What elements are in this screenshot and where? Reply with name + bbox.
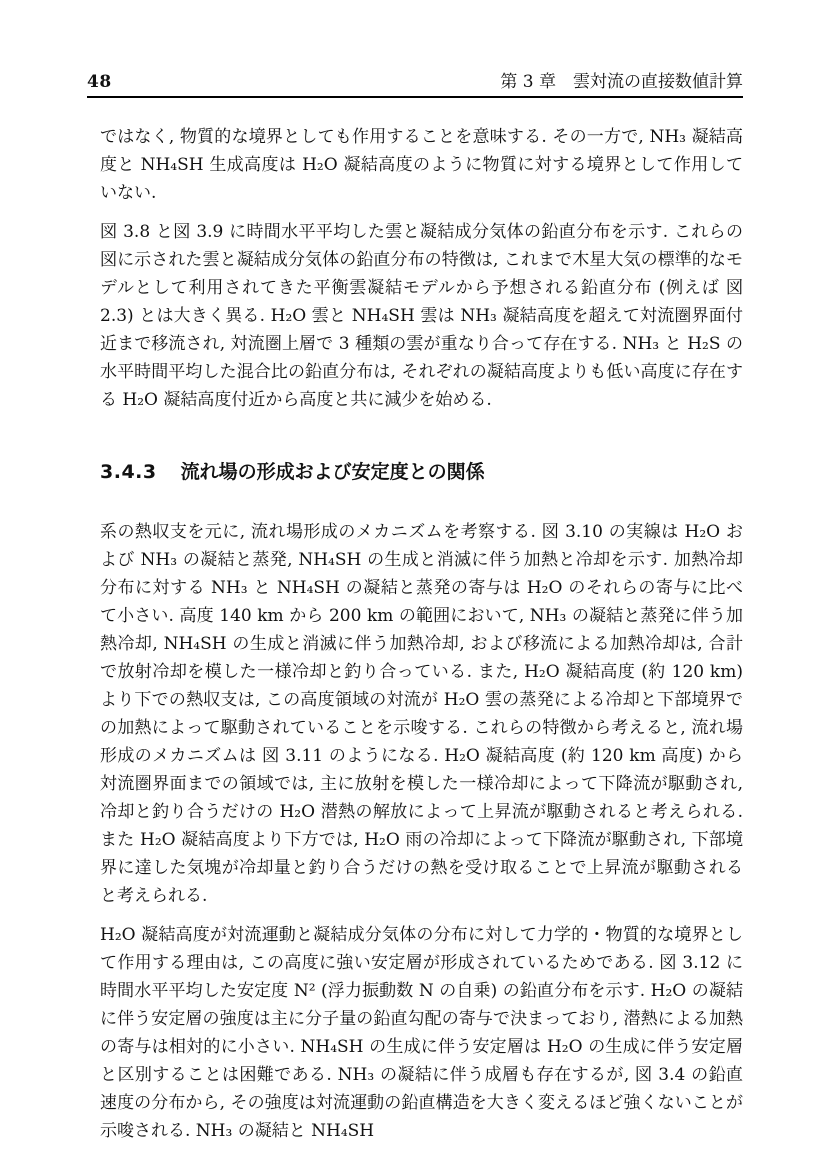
body-paragraph-1: 系の熱収支を元に, 流れ場形成のメカニズムを考察する. 図 3.10 の実線は … (100, 518, 743, 910)
document-page: 48 第 3 章 雲対流の直接数値計算 ではなく, 物質的な境界としても作用する… (0, 0, 826, 1169)
page-header: 48 第 3 章 雲対流の直接数値計算 (87, 72, 743, 98)
body-paragraph-2: H₂O 凝結高度が対流運動と凝結成分気体の分布に対して力学的・物質的な境界として… (100, 921, 743, 1145)
intro-paragraph-1: ではなく, 物質的な境界としても作用することを意味する. その一方で, NH₃ … (100, 123, 743, 207)
page-body: ではなく, 物質的な境界としても作用することを意味する. その一方で, NH₃ … (100, 123, 743, 1156)
section-title: 流れ場の形成および安定度との関係 (181, 461, 485, 483)
intro-paragraph-2: 図 3.8 と図 3.9 に時間水平平均した雲と凝結成分気体の鉛直分布を示す. … (100, 218, 743, 414)
section-heading: 3.4.3流れ場の形成および安定度との関係 (100, 459, 743, 485)
page-number: 48 (87, 72, 112, 92)
section-number: 3.4.3 (100, 461, 157, 483)
running-chapter-title: 第 3 章 雲対流の直接数値計算 (500, 72, 743, 92)
